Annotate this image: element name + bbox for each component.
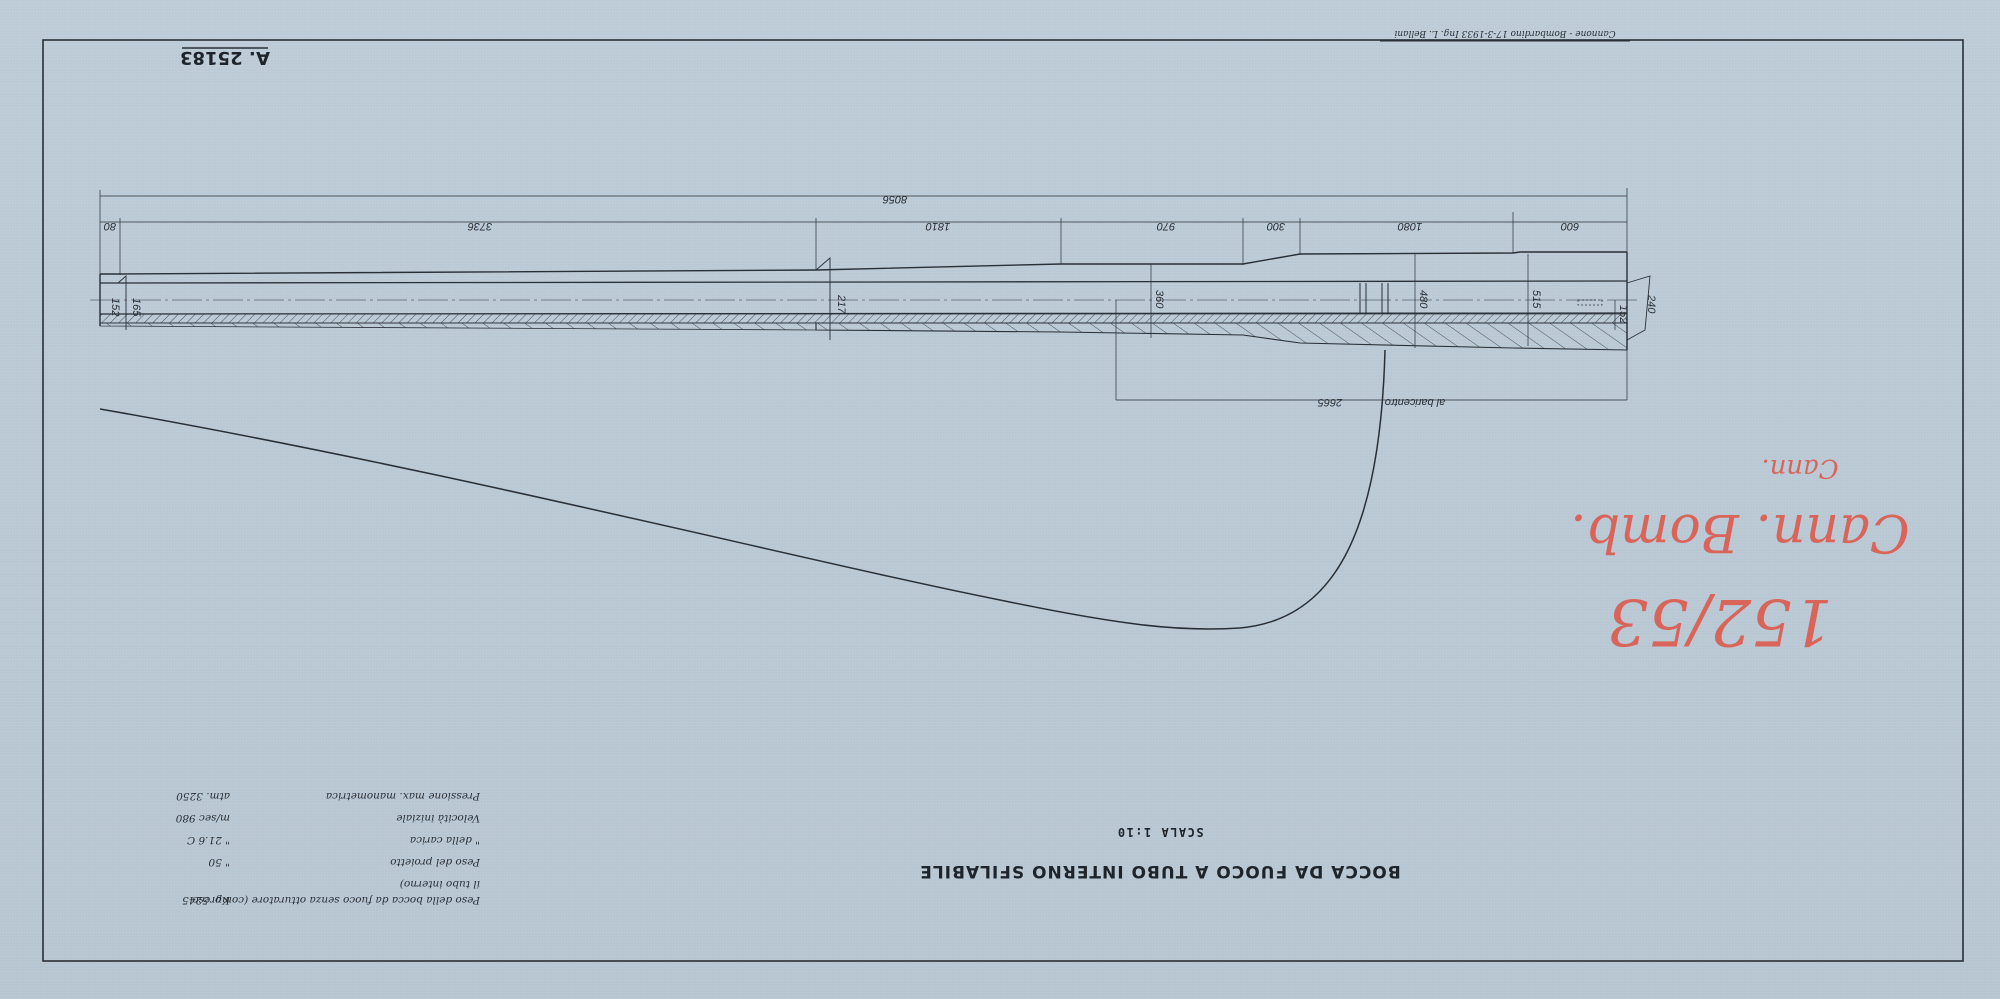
svg-text:152/53: 152/53 (1607, 584, 1832, 658)
technical-drawing: A. 25183 Cannone - Bombardino 17-3-1933 … (0, 0, 2000, 999)
profile-curve (100, 350, 1385, 629)
svg-text:il tubo interno): il tubo interno) (400, 878, 480, 890)
svg-text:Pressione max. manometrica: Pressione max. manometrica (326, 790, 481, 802)
svg-text:240: 240 (1645, 294, 1657, 314)
drawing-border (43, 40, 1963, 961)
svg-text:515: 515 (1530, 290, 1542, 309)
svg-text:1810: 1810 (925, 220, 950, 232)
title-block: BOCCA DA FUOCO A TUBO INTERNO SFILABILE … (919, 825, 1401, 881)
svg-text:217: 217 (835, 294, 847, 314)
svg-text:A. 25183: A. 25183 (180, 47, 270, 68)
specs-table: Peso della bocca da fuoco senza otturato… (175, 790, 481, 906)
svg-text:3736: 3736 (467, 220, 492, 232)
svg-text:BOCCA DA FUOCO A TUBO INTERNO: BOCCA DA FUOCO A TUBO INTERNO SFILABILE (919, 861, 1401, 881)
svg-text:300: 300 (1266, 220, 1285, 232)
svg-text:m/sec 980: m/sec 980 (175, 812, 230, 824)
svg-text:Peso del proietto: Peso del proietto (390, 856, 481, 868)
svg-text:600: 600 (1560, 220, 1579, 232)
svg-text:Velocità iniziale: Velocità iniziale (396, 812, 480, 824)
blueprint-sheet: A. 25183 Cannone - Bombardino 17-3-1933 … (0, 0, 2000, 999)
svg-text:atm. 3250: atm. 3250 (176, 790, 230, 802)
signature-note: Cannone - Bombardino 17-3-1933 Ing. L. B… (1394, 28, 1615, 38)
svg-text:Cann. Bomb.: Cann. Bomb. (1570, 502, 1909, 562)
svg-text:" 50: " 50 (208, 856, 230, 868)
svg-text:2665: 2665 (1317, 396, 1343, 408)
drawing-number: A. 25183 (180, 47, 270, 68)
svg-text:Cannone - Bombardino 17-3-1933: Cannone - Bombardino 17-3-1933 Ing. L. B… (1394, 28, 1615, 38)
svg-text:152: 152 (109, 298, 121, 316)
svg-text:970: 970 (1156, 220, 1175, 232)
svg-text:152: 152 (1617, 305, 1629, 323)
svg-text:Kg. 5245: Kg. 5245 (182, 894, 231, 906)
svg-text:8056: 8056 (882, 193, 907, 205)
svg-text:" 21.6 C: " 21.6 C (187, 834, 230, 846)
svg-text:165: 165 (130, 298, 142, 317)
cg-dimension: 2665 (1317, 396, 1343, 408)
svg-text:Cann.: Cann. (1761, 453, 1838, 483)
red-annotation: 152/53 Cann. Bomb. Cann. (1570, 453, 1909, 658)
svg-text:al baricentro: al baricentro (1385, 396, 1446, 408)
barrel-profile (90, 252, 1650, 400)
svg-text:480: 480 (1417, 290, 1429, 309)
svg-text:Peso della bocca da fuoco senz: Peso della bocca da fuoco senza otturato… (192, 894, 481, 906)
svg-text:SCALA 1:10: SCALA 1:10 (1116, 825, 1203, 839)
svg-text:360: 360 (1153, 290, 1165, 309)
svg-text:1080: 1080 (1397, 220, 1422, 232)
svg-text:80: 80 (103, 220, 116, 232)
svg-text:" della carica: " della carica (410, 834, 480, 846)
